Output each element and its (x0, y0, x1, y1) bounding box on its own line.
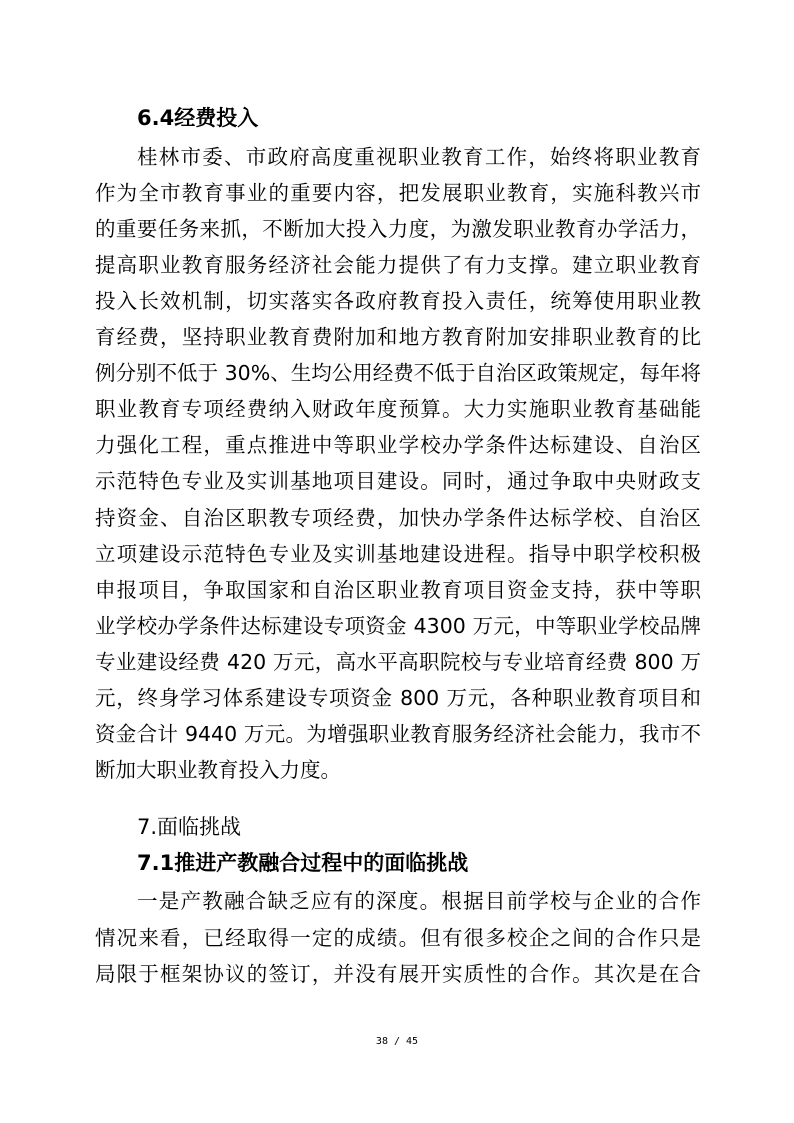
paragraph-line: 职业教育专项经费纳入财政年度预算。大力实施职业教育基础能 (95, 391, 701, 427)
section-heading-7-1: 7.1推进产教融合过程中的面临挑战 (137, 845, 468, 881)
paragraph-line: 一是产教融合缺乏应有的深度。根据目前学校与企业的合作 (137, 883, 701, 919)
paragraph-line: 作为全市教育事业的重要内容，把发展职业教育，实施科教兴市 (95, 175, 701, 211)
section-heading-7: 7.面临挑战 (137, 809, 241, 845)
paragraph-line: 元，终身学习体系建设专项资金 800 万元，各种职业教育项目和 (95, 680, 701, 716)
paragraph-line: 力强化工程，重点推进中等职业学校办学条件达标建设、自治区 (95, 427, 701, 463)
paragraph-line: 情况来看，已经取得一定的成绩。但有很多校企之间的合作只是 (95, 920, 701, 956)
paragraph-line: 示范特色专业及实训基地项目建设。同时，通过争取中央财政支 (95, 463, 701, 499)
page-number: 38 / 45 (0, 1036, 794, 1047)
paragraph-line: 业学校办学条件达标建设专项资金 4300 万元，中等职业学校品牌 (95, 608, 701, 644)
paragraph-line: 的重要任务来抓，不断加大投入力度，为激发职业教育办学活力， (95, 211, 701, 247)
paragraph-line: 育经费，坚持职业教育费附加和地方教育附加安排职业教育的比 (95, 319, 701, 355)
section-heading-6-4: 6.4经费投入 (137, 100, 258, 136)
document-page: 6.4经费投入 桂林市委、市政府高度重视职业教育工作，始终将职业教育 作为全市教… (0, 0, 794, 1123)
paragraph-line: 桂林市委、市政府高度重视职业教育工作，始终将职业教育 (137, 139, 701, 175)
paragraph-line: 提高职业教育服务经济社会能力提供了有力支撑。建立职业教育 (95, 247, 701, 283)
paragraph-line: 断加大职业教育投入力度。 (95, 752, 701, 788)
paragraph-line: 立项建设示范特色专业及实训基地建设进程。指导中职学校积极 (95, 536, 701, 572)
paragraph-line: 持资金、自治区职教专项经费，加快办学条件达标学校、自治区 (95, 500, 701, 536)
paragraph-line: 专业建设经费 420 万元，高水平高职院校与专业培育经费 800 万 (95, 644, 701, 680)
paragraph-line: 局限于框架协议的签订，并没有展开实质性的合作。其次是在合 (95, 956, 701, 992)
paragraph-line: 资金合计 9440 万元。为增强职业教育服务经济社会能力，我市不 (95, 716, 701, 752)
paragraph-line: 投入长效机制，切实落实各政府教育投入责任，统筹使用职业教 (95, 283, 701, 319)
paragraph-line: 例分别不低于 30%、生均公用经费不低于自治区政策规定，每年将 (95, 355, 701, 391)
paragraph-line: 申报项目，争取国家和自治区职业教育项目资金支持，获中等职 (95, 572, 701, 608)
